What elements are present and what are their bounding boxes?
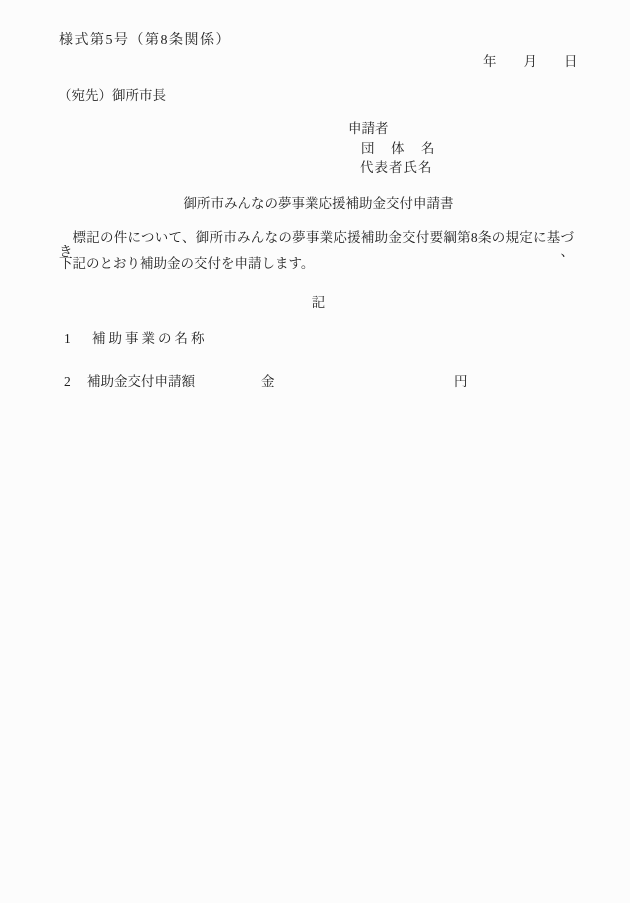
representative-name-label: 代表者氏名 bbox=[360, 161, 433, 175]
body-paragraph-line-1: 標記の件について、御所市みんなの夢事業応援補助金交付要綱第8条の規定に基づき、 bbox=[59, 231, 574, 258]
body-paragraph-line-2: 下記のとおり補助金の交付を申請します。 bbox=[59, 257, 314, 271]
date-line: 年 月 日 bbox=[483, 55, 578, 69]
item-2-label: 補助金交付申請額 bbox=[87, 375, 195, 389]
item-1-number: 1 bbox=[64, 332, 71, 346]
addressee: （宛先）御所市長 bbox=[58, 89, 166, 103]
document-title: 御所市みんなの夢事業応援補助金交付申請書 bbox=[59, 197, 578, 211]
organization-name-label: 団 体 名 bbox=[361, 142, 436, 156]
form-number: 様式第5号（第8条関係） bbox=[59, 34, 231, 48]
item-1-label: 補助事業の名称 bbox=[92, 332, 208, 346]
list-marker-ki: 記 bbox=[59, 296, 578, 310]
amount-prefix-kin: 金 bbox=[261, 375, 275, 389]
item-2-number: 2 bbox=[64, 375, 71, 389]
applicant-label: 申請者 bbox=[348, 122, 389, 136]
document-page: 様式第5号（第8条関係） 年 月 日 （宛先）御所市長 申請者 団 体 名 代表… bbox=[0, 0, 630, 903]
amount-suffix-yen: 円 bbox=[454, 375, 468, 389]
